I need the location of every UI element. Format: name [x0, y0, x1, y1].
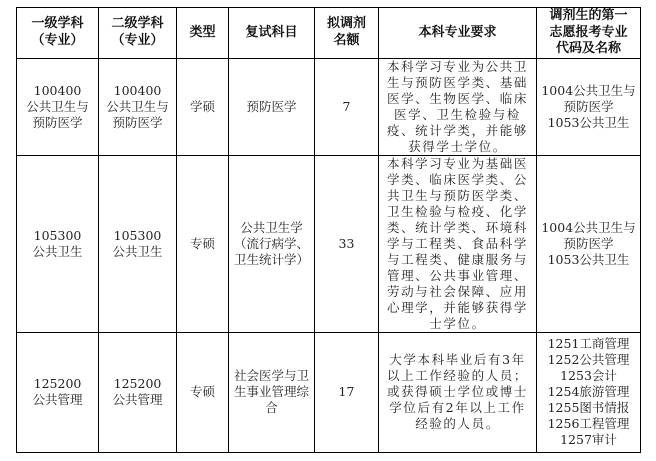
quota-cell: 17 [315, 332, 379, 452]
type-cell: 专硕 [177, 155, 229, 332]
second-level-cell: 125200 公共管理 [99, 332, 177, 452]
header-row: 一级学科 （专业） 二级学科 （专业） 类型 复试科目 拟调剂 名额 本科专业要… [17, 8, 641, 59]
adjustment-table: 一级学科 （专业） 二级学科 （专业） 类型 复试科目 拟调剂 名额 本科专业要… [16, 7, 641, 453]
header-quota: 拟调剂 名额 [315, 8, 379, 59]
first-level-cell: 105300 公共卫生 [17, 155, 99, 332]
header-requirement: 本科专业要求 [379, 8, 537, 59]
exam-subject-cell: 社会医学与卫生事业管理综合 [229, 332, 315, 452]
requirement-cell: 本科学习专业为基础医学类、临床医学类、公共卫生与预防医学类、卫生检验与检疫、化学… [379, 155, 537, 332]
table-row: 125200 公共管理 125200 公共管理 专硕 社会医学与卫生事业管理综合… [17, 332, 641, 452]
quota-cell: 7 [315, 58, 379, 155]
type-cell: 学硕 [177, 58, 229, 155]
table-row: 105300 公共卫生 105300 公共卫生 专硕 公共卫生学（流行病学、卫生… [17, 155, 641, 332]
exam-subject-cell: 公共卫生学（流行病学、卫生统计学） [229, 155, 315, 332]
header-first-choice: 调剂生的第一 志愿报考专业 代码及名称 [537, 8, 641, 59]
requirement-cell: 本科学习专业为公共卫生与预防医学类、基础医学、生物医学、临床医学、卫生检验与检疫… [379, 58, 537, 155]
header-type: 类型 [177, 8, 229, 59]
exam-subject-cell: 预防医学 [229, 58, 315, 155]
second-level-cell: 105300 公共卫生 [99, 155, 177, 332]
second-level-cell: 100400 公共卫生与预防医学 [99, 58, 177, 155]
table-row: 100400 公共卫生与预防医学 100400 公共卫生与预防医学 学硕 预防医… [17, 58, 641, 155]
header-exam-subject: 复试科目 [229, 8, 315, 59]
first-choice-cell: 1004公共卫生与预防医学 1053公共卫生 [537, 155, 641, 332]
requirement-cell: 大学本科毕业后有3年以上工作经验的人员；或获得硕士学位或博士学位后有2年以上工作… [379, 332, 537, 452]
first-choice-cell: 1004公共卫生与预防医学 1053公共卫生 [537, 58, 641, 155]
first-level-cell: 100400 公共卫生与预防医学 [17, 58, 99, 155]
type-cell: 专硕 [177, 332, 229, 452]
header-second-level: 二级学科 （专业） [99, 8, 177, 59]
first-choice-cell: 1251工商管理 1252公共管理 1253会计 1254旅游管理 1255图书… [537, 332, 641, 452]
header-first-level: 一级学科 （专业） [17, 8, 99, 59]
first-level-cell: 125200 公共管理 [17, 332, 99, 452]
quota-cell: 33 [315, 155, 379, 332]
